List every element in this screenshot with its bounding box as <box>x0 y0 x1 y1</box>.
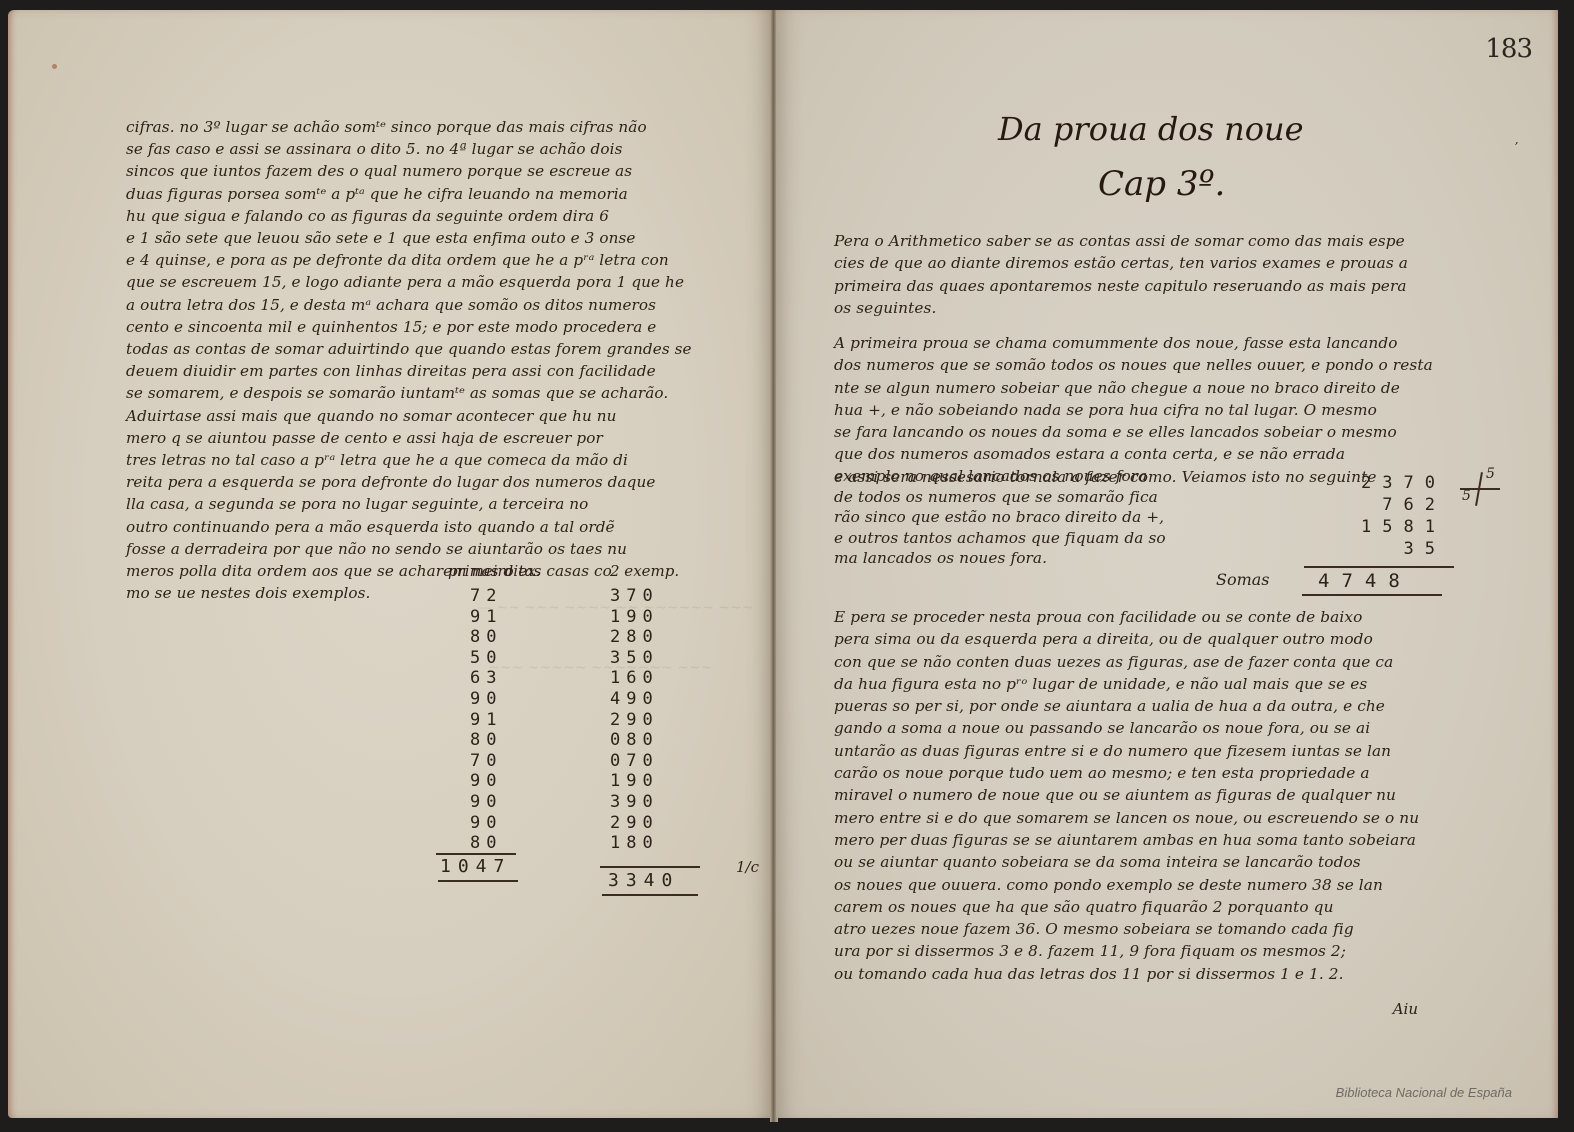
example-1-total: 1047 <box>440 856 511 877</box>
text-line: primeira das quaes apontaremos neste cap… <box>834 275 1408 297</box>
cross-right-digit: 5 <box>1486 466 1495 482</box>
text-line: con que se não conten duas uezes as figu… <box>834 651 1419 673</box>
text-line: cento e sincoenta mil e quinhentos 15; e… <box>126 316 746 338</box>
text-line: carem os noues que ha que são quatro fiq… <box>834 896 1419 918</box>
text-line: untarão as duas figuras entre si e do nu… <box>834 740 1419 762</box>
margin-mark: ʼ <box>1514 140 1518 154</box>
sum-rule <box>436 853 516 855</box>
addend: 762 <box>1316 494 1446 516</box>
text-line: nte se algun numero sobeiar que não cheg… <box>834 377 1433 399</box>
text-line: dos numeros que se somão todos os noues … <box>834 354 1433 376</box>
addend: 90 <box>470 771 502 792</box>
text-line: pueras so per si, por onde se aiuntara a… <box>834 695 1419 717</box>
addend: 91 <box>470 607 502 628</box>
catchword: Aiu <box>1393 1000 1418 1018</box>
text-line: ura por si dissermos 3 e 8. fazem 11, 9 … <box>834 940 1419 962</box>
sum-rule <box>1304 566 1454 568</box>
addend: 2370 <box>1316 472 1446 494</box>
sum-underline <box>438 880 518 882</box>
manuscript-spread: — ~~ ~~~ ~~~~ ~~ ~~~~~~ ~~~ ~~~ ~~~~~ ~~… <box>8 10 1558 1122</box>
text-line: se somarem, e despois se somarão iuntamᵗ… <box>126 382 746 404</box>
text-line: os noues que ouuera. como pondo exemplo … <box>834 874 1419 896</box>
sum-underline <box>1302 594 1442 596</box>
text-line: reita pera a esquerda se pora defronte d… <box>126 471 746 493</box>
bleed-through-text: ~~~ ~~~~~ ~~~~~~~ ~~~ <box>488 660 713 676</box>
text-line: e 1 são sete que leuou são sete e 1 que … <box>126 227 746 249</box>
addend: 490 <box>610 689 659 710</box>
sum-total: 4748 <box>1318 570 1412 592</box>
text-line: sincos que iuntos fazem des o qual numer… <box>126 160 746 182</box>
text-line: Aduirtase assi mais que quando no somar … <box>126 405 746 427</box>
example-2-header: 2 exemp. <box>610 562 679 580</box>
chapter-number: Cap 3º. <box>1098 164 1225 204</box>
text-line: miravel o numero de noue que ou se aiunt… <box>834 784 1419 806</box>
text-line: gando a soma a noue ou passando se lanca… <box>834 717 1419 739</box>
addend: 180 <box>610 833 659 854</box>
addend: 280 <box>610 627 659 648</box>
text-line: E pera se proceder nesta proua con facil… <box>834 606 1419 628</box>
text-line: carão os noue porque tudo uem ao mesmo; … <box>834 762 1419 784</box>
addend: 90 <box>470 689 502 710</box>
total-label: Somas <box>1216 570 1270 589</box>
sum-underline <box>602 894 698 896</box>
addend: 290 <box>610 710 659 731</box>
text-line: de todos os numeros que se somarão fica <box>834 487 1166 508</box>
chapter-title: Da proua dos noue <box>998 110 1304 148</box>
text-line: atro uezes noue fazem 36. O mesmo sobeia… <box>834 918 1419 940</box>
text-line: da hua figura esta no pʳᵒ lugar de unida… <box>834 673 1419 695</box>
paragraph-4: E pera se proceder nesta proua con facil… <box>834 606 1419 985</box>
text-line: Pera o Arithmetico saber se as contas as… <box>834 230 1408 252</box>
example-2-total: 3340 <box>608 870 679 891</box>
addend: 290 <box>610 813 659 834</box>
sum-rule <box>600 866 700 868</box>
addend: 80 <box>470 833 502 854</box>
text-line: A primeira proua se chama comummente dos… <box>834 332 1433 354</box>
folio-number: 183 <box>1485 34 1532 64</box>
text-line: pera sima ou da esquerda pera a direita,… <box>834 628 1419 650</box>
sum-example-column: 2370 762 1581 35 <box>1316 472 1446 560</box>
addend: 370 <box>610 586 659 607</box>
addend: 390 <box>610 792 659 813</box>
cross-left-digit: 5 <box>1462 488 1471 504</box>
text-line: hua +, e não sobeiando nada se pora hua … <box>834 399 1433 421</box>
text-line: deuem diuidir em partes con linhas direi… <box>126 360 746 382</box>
text-line: ou se aiuntar quanto sobeiara se da soma… <box>834 851 1419 873</box>
left-page-body-text: cifras. no 3º lugar se achão somᵗᵉ sinco… <box>126 116 746 604</box>
text-line: outro continuando pera a mão esquerda is… <box>126 516 746 538</box>
addend: 63 <box>470 668 502 689</box>
addend: 190 <box>610 771 659 792</box>
text-line: tres letras no tal caso a pʳᵃ letra que … <box>126 449 746 471</box>
text-line: se fara lancando os noues da soma e se e… <box>834 421 1433 443</box>
addend: 80 <box>470 627 502 648</box>
text-line: cies de que ao diante diremos estão cert… <box>834 252 1408 274</box>
example-2-column: 370 190 280 350 160 490 290 080 070 190 … <box>610 586 659 854</box>
addend: 160 <box>610 668 659 689</box>
addend: 90 <box>470 813 502 834</box>
text-line: hu que sigua e falando co as figuras da … <box>126 205 746 227</box>
addend: 91 <box>470 710 502 731</box>
stain-spot <box>52 64 57 69</box>
text-line: se fas caso e assi se assinara o dito 5.… <box>126 138 746 160</box>
text-line: ou tomando cada hua das letras dos 11 po… <box>834 963 1419 985</box>
paragraph-3: exemplo no qual lancados os noues fora d… <box>834 466 1166 569</box>
text-line: rão sinco que estão no braco direito da … <box>834 507 1166 528</box>
paragraph-1: Pera o Arithmetico saber se as contas as… <box>834 230 1408 319</box>
example-1-header: primeiro ex. <box>448 562 541 580</box>
addend: 72 <box>470 586 502 607</box>
left-page: — ~~ ~~~ ~~~~ ~~ ~~~~~~ ~~~ ~~~ ~~~~~ ~~… <box>8 10 773 1118</box>
text-line: mero per duas figuras se se aiuntarem am… <box>834 829 1419 851</box>
text-line: fosse a derradeira por que não no sendo … <box>126 538 746 560</box>
addend: 080 <box>610 730 659 751</box>
nines-check-cross: 5 5 <box>1456 470 1516 510</box>
addend: 50 <box>470 648 502 669</box>
addend: 190 <box>610 607 659 628</box>
text-line: os seguintes. <box>834 297 1408 319</box>
right-page: 183 Da proua dos noue Cap 3º. ʼ Pera o A… <box>776 10 1558 1118</box>
addend: 350 <box>610 648 659 669</box>
text-line: e outros tantos achamos que fiquam da so <box>834 528 1166 549</box>
text-line: que dos numeros asomados estara a conta … <box>834 443 1433 465</box>
text-line: mero entre si e do que somarem se lancen… <box>834 807 1419 829</box>
text-line: mero q se aiuntou passe de cento e assi … <box>126 427 746 449</box>
example-1-column: 72 91 80 50 63 90 91 80 70 90 90 90 80 <box>470 586 502 854</box>
addend: 1581 <box>1316 516 1446 538</box>
margin-note: 1/c <box>736 858 759 876</box>
addend: 35 <box>1316 538 1446 560</box>
addend: 90 <box>470 792 502 813</box>
text-line: a outra letra dos 15, e desta mᵃ achara … <box>126 294 746 316</box>
text-line: duas figuras porsea somᵗᵉ a pᵗᵃ que he c… <box>126 183 746 205</box>
text-line: e 4 quinse, e pora as pe defronte da dit… <box>126 249 746 271</box>
text-line: lla casa, a segunda se pora no lugar seg… <box>126 493 746 515</box>
text-line: todas as contas de somar aduirtindo que … <box>126 338 746 360</box>
addend: 80 <box>470 730 502 751</box>
library-watermark: Biblioteca Nacional de España <box>1336 1085 1512 1100</box>
text-line: exemplo no qual lancados os noues fora <box>834 466 1166 487</box>
text-line: cifras. no 3º lugar se achão somᵗᵉ sinco… <box>126 116 746 138</box>
addend: 70 <box>470 751 502 772</box>
text-line: ma lancados os noues fora. <box>834 548 1166 569</box>
paragraph-2: A primeira proua se chama comummente dos… <box>834 332 1433 488</box>
addend: 070 <box>610 751 659 772</box>
text-line: que se escreuem 15, e logo adiante pera … <box>126 271 746 293</box>
